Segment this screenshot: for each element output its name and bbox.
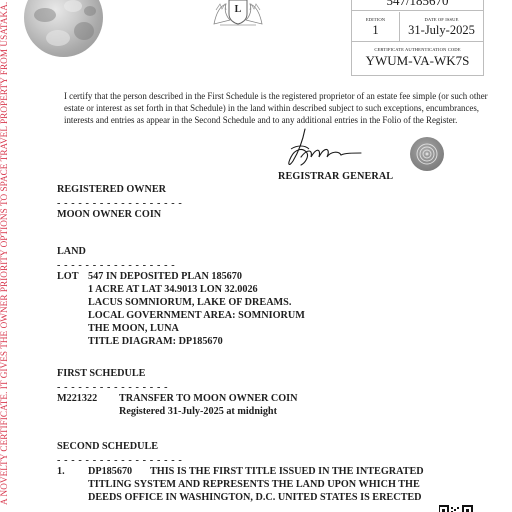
official-seal-icon <box>410 137 444 171</box>
first-schedule-ref: M221322 <box>57 392 97 405</box>
coat-of-arms-crest: L <box>210 0 266 28</box>
date-of-issue-value: 31-July-2025 <box>400 23 483 37</box>
land-line: 1 ACRE AT LAT 34.9013 LON 32.0026 <box>88 283 258 296</box>
first-schedule-heading: FIRST SCHEDULE <box>57 367 145 380</box>
svg-text:L: L <box>235 4 242 15</box>
land-line: TITLE DIAGRAM: DP185670 <box>88 335 223 348</box>
lot-label: LOT <box>57 270 79 283</box>
folio-reference: 547/185670 <box>352 0 483 11</box>
land-line: LOCAL GOVERNMENT AREA: SOMNIORUM <box>88 309 305 322</box>
registered-owner-heading: REGISTERED OWNER <box>57 183 166 196</box>
registrar-general-title: REGISTRAR GENERAL <box>278 171 393 182</box>
land-heading: LAND <box>57 245 86 258</box>
title-info-box: 547/185670 EDITION 1 DATE OF ISSUE 31-Ju… <box>351 0 484 76</box>
second-schedule-number: 1. <box>57 465 65 478</box>
land-line: 547 IN DEPOSITED PLAN 185670 <box>88 270 242 283</box>
certification-statement: I certify that the person described in t… <box>64 90 504 127</box>
second-schedule-ref: DP185670 <box>88 465 132 478</box>
second-schedule-line: TITLING SYSTEM AND REPRESENTS THE LAND U… <box>88 478 420 491</box>
auth-code-value: YWUM-VA-WK7S <box>352 53 483 69</box>
second-schedule-line: DEEDS OFFICE IN WASHINGTON, D.C. UNITED … <box>88 491 422 504</box>
first-schedule-registered: Registered 31-July-2025 at midnight <box>119 405 277 418</box>
moon-image <box>24 0 103 57</box>
first-schedule-entry: TRANSFER TO MOON OWNER COIN <box>119 392 298 405</box>
land-line: LACUS SOMNIORUM, LAKE OF DREAMS. <box>88 296 291 309</box>
land-line: THE MOON, LUNA <box>88 322 179 335</box>
second-schedule-heading: SECOND SCHEDULE <box>57 440 158 453</box>
registered-owner-value: MOON OWNER COIN <box>57 208 161 221</box>
edition-value: 1 <box>352 23 399 37</box>
registrar-signature <box>283 127 363 173</box>
qr-code-icon <box>439 503 475 512</box>
second-schedule-line: THIS IS THE FIRST TITLE ISSUED IN THE IN… <box>150 465 424 478</box>
novelty-side-notice: A NOVELTY CERTIFICATE. IT GIVES THE OWNE… <box>0 5 13 505</box>
